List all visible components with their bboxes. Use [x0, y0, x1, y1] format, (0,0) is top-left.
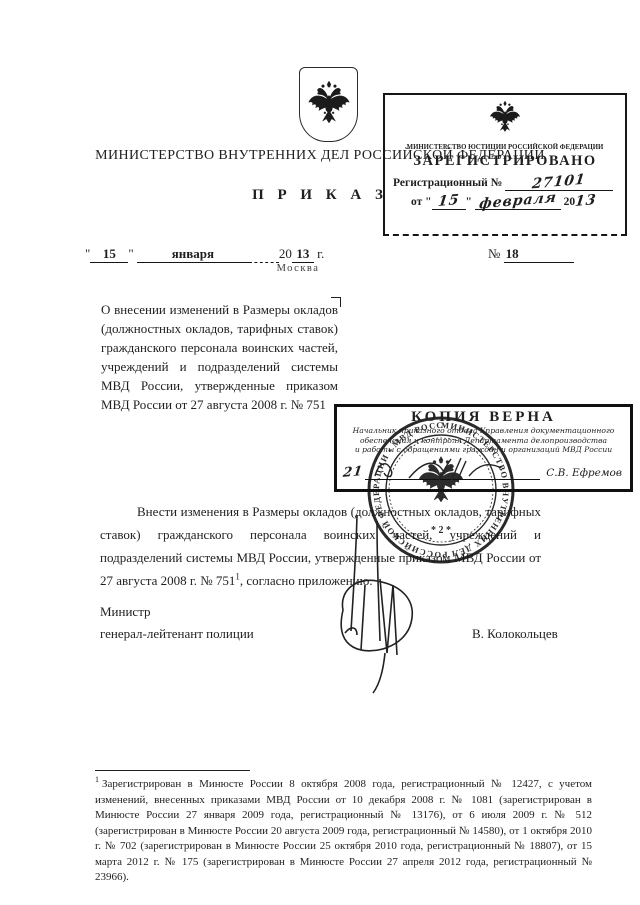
footnote: 1Зарегистрирован в Минюсте России 8 октя…: [95, 777, 592, 886]
registration-number-label: Регистрационный №: [393, 177, 502, 189]
copy-verified-stamp: КОПИЯ ВЕРНА Начальник приказного отдела …: [334, 404, 633, 492]
justice-ministry-line: МИНИСТЕРСТВО ЮСТИЦИИ РОССИЙСКОЙ ФЕДЕРАЦИ…: [389, 143, 622, 151]
registration-date-line: от "15" февраля 2013: [385, 193, 625, 210]
order-year-prefix: 20: [279, 246, 292, 261]
signer-name: В. Колокольцев: [472, 626, 558, 642]
mvd-emblem-shield: [299, 67, 358, 142]
number-sign: №: [488, 246, 500, 261]
copy-stamp-line1: Начальник приказного отдела Управления д…: [337, 426, 630, 436]
order-day: 15: [90, 246, 128, 263]
copy-stamp-signature-line: [365, 459, 540, 480]
order-year-suffix: г.: [317, 246, 324, 261]
signer-position-line2: генерал-лейтенант полиции: [100, 626, 254, 642]
copy-stamp-signature-row: 21 С.В. Ефремов: [343, 458, 624, 480]
signer-position-line1: Министр: [100, 604, 151, 620]
copy-stamp-hand-date: 21: [342, 464, 364, 481]
registered-label: ЗАРЕГИСТРИРОВАНО: [385, 153, 625, 170]
minister-signature-scribble: [335, 515, 425, 695]
footnote-marker: 1: [95, 775, 99, 784]
order-number-line: № 18: [488, 246, 574, 263]
corner-mark: [331, 297, 341, 307]
stamp-year-hand: 13: [574, 192, 597, 210]
order-date-line: "15" января 2013 г.: [85, 246, 324, 263]
justice-registration-stamp: МИНИСТЕРСТВО ЮСТИЦИИ РОССИЙСКОЙ ФЕДЕРАЦИ…: [383, 93, 627, 236]
stamp-month-value: февраля: [478, 189, 558, 212]
order-subject: О внесении изменений в Размеры окладов (…: [101, 300, 338, 414]
double-headed-eagle-icon: [306, 79, 352, 131]
footnote-divider: [95, 770, 250, 771]
city-label: Москва: [238, 263, 358, 274]
copy-stamp-line2: обеспечения и контроля Департамента дело…: [337, 436, 630, 446]
footnote-text: Зарегистрирован в Минюсте России 8 октяб…: [95, 778, 592, 883]
document-page: МИНИСТЕРСТВО ВНУТРЕННИХ ДЕЛ РОССИЙСКОЙ Ф…: [0, 0, 640, 905]
stamp-day-value: 15: [437, 192, 460, 210]
copy-stamp-line3: и работы с обращениями граждан и организ…: [337, 445, 630, 455]
order-month: января: [137, 246, 249, 263]
efremov-signature-scribble: [369, 456, 519, 482]
seal-center-mark: * 2 *: [431, 525, 451, 536]
registration-number-line: Регистрационный № 27101: [385, 174, 625, 191]
copy-stamp-signer-name: С.В. Ефремов: [540, 467, 624, 480]
order-number-value: 18: [504, 246, 532, 263]
stamp-from-label: от: [411, 196, 422, 208]
registration-number-value: 27101: [531, 172, 587, 193]
order-year-value: 13: [292, 246, 314, 263]
justice-eagle-icon: [488, 100, 522, 137]
close-quote: ": [128, 246, 133, 261]
copy-stamp-title: КОПИЯ ВЕРНА: [337, 409, 630, 426]
